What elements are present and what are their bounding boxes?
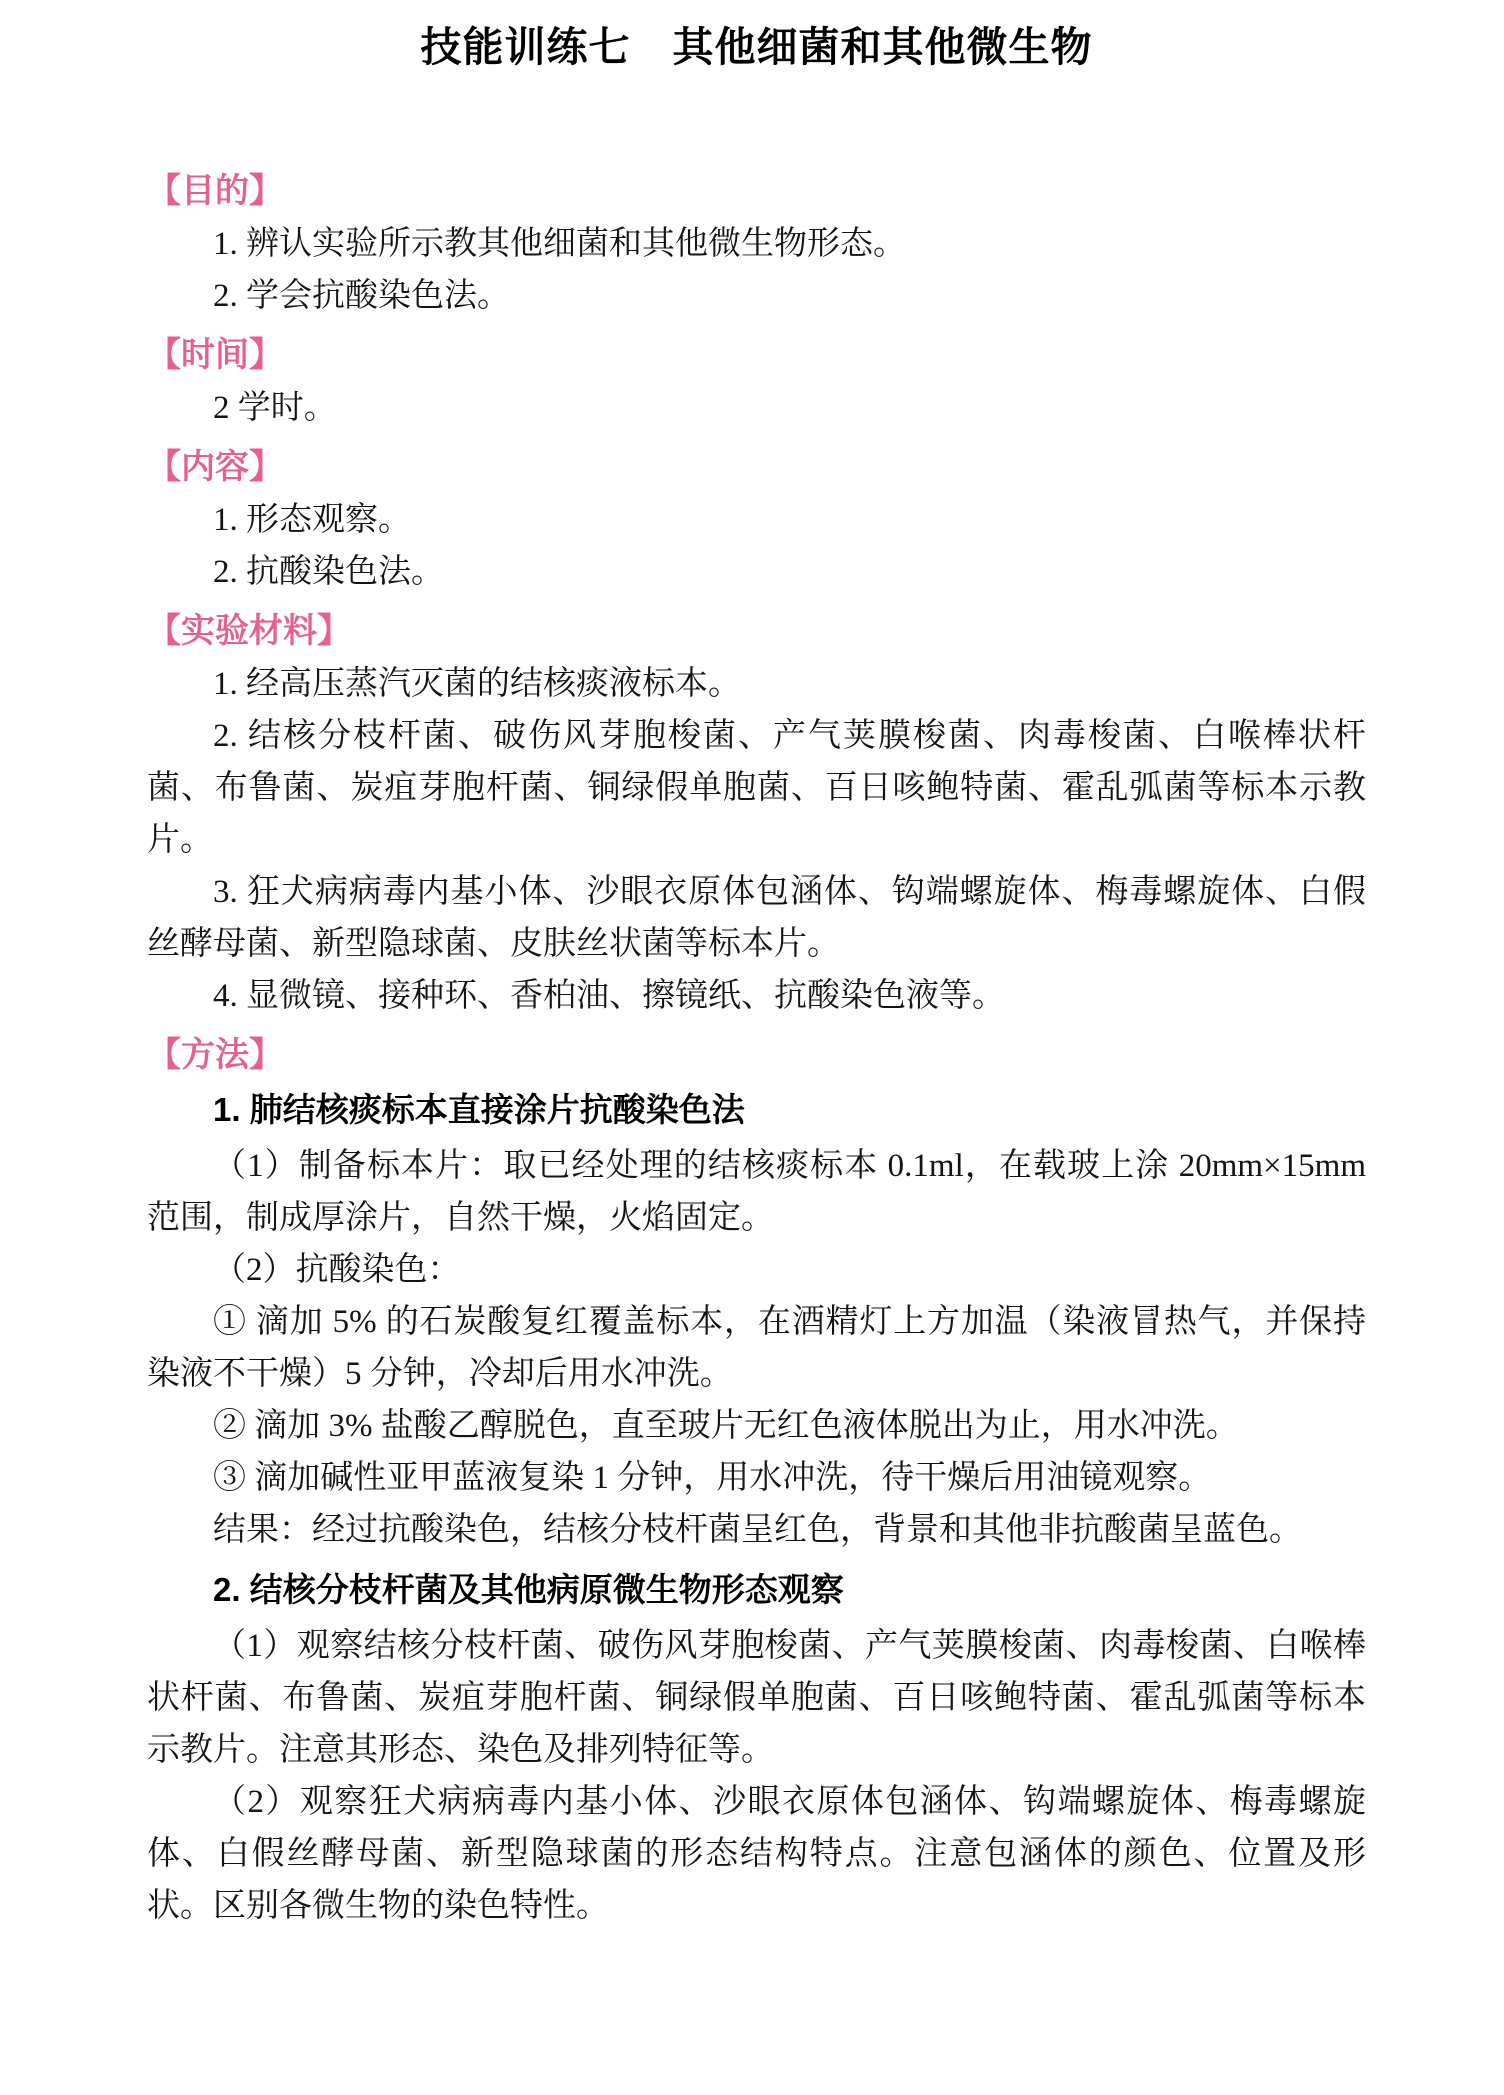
materials-item-4: 4. 显微镜、接种环、香柏油、擦镜纸、抗酸染色液等。 <box>147 970 1366 1022</box>
method-1-stain-step-1: ① 滴加 5% 的石炭酸复红覆盖标本，在酒精灯上方加温（染液冒热气，并保持染液不… <box>147 1296 1366 1400</box>
section-heading-time: 【时间】 <box>147 334 1366 376</box>
method-1-stain-step-2: ② 滴加 3% 盐酸乙醇脱色，直至玻片无红色液体脱出为止，用水冲洗。 <box>147 1400 1366 1452</box>
purpose-item-2: 2. 学会抗酸染色法。 <box>147 270 1366 322</box>
section-heading-materials: 【实验材料】 <box>147 610 1366 652</box>
content-item-2: 2. 抗酸染色法。 <box>147 546 1366 598</box>
method-subheading-1: 1. 肺结核痰标本直接涂片抗酸染色法 <box>147 1084 1366 1136</box>
section-heading-purpose: 【目的】 <box>147 170 1366 212</box>
section-heading-method: 【方法】 <box>147 1034 1366 1076</box>
method-subheading-2: 2. 结核分枝杆菌及其他病原微生物形态观察 <box>147 1564 1366 1616</box>
method-1-step-prepare: （1）制备标本片：取已经处理的结核痰标本 0.1ml，在载玻上涂 20mm×15… <box>147 1140 1366 1244</box>
time-item-1: 2 学时。 <box>147 382 1366 434</box>
method-2-observe-2: （2）观察狂犬病病毒内基小体、沙眼衣原体包涵体、钩端螺旋体、梅毒螺旋体、白假丝酵… <box>147 1776 1366 1932</box>
materials-item-1: 1. 经高压蒸汽灭菌的结核痰液标本。 <box>147 658 1366 710</box>
method-2-observe-1: （1）观察结核分枝杆菌、破伤风芽胞梭菌、产气荚膜梭菌、肉毒梭菌、白喉棒状杆菌、布… <box>147 1620 1366 1776</box>
method-1-result: 结果：经过抗酸染色，结核分枝杆菌呈红色，背景和其他非抗酸菌呈蓝色。 <box>147 1504 1366 1556</box>
materials-item-2: 2. 结核分枝杆菌、破伤风芽胞梭菌、产气荚膜梭菌、肉毒梭菌、白喉棒状杆菌、布鲁菌… <box>147 710 1366 866</box>
title-spacer <box>147 72 1366 158</box>
document-page: 技能训练七 其他细菌和其他微生物 【目的】 1. 辨认实验所示教其他细菌和其他微… <box>0 0 1504 2095</box>
purpose-item-1: 1. 辨认实验所示教其他细菌和其他微生物形态。 <box>147 218 1366 270</box>
materials-item-3: 3. 狂犬病病毒内基小体、沙眼衣原体包涵体、钩端螺旋体、梅毒螺旋体、白假丝酵母菌… <box>147 866 1366 970</box>
method-1-stain-step-3: ③ 滴加碱性亚甲蓝液复染 1 分钟，用水冲洗，待干燥后用油镜观察。 <box>147 1452 1366 1504</box>
document-title: 技能训练七 其他细菌和其他微生物 <box>147 22 1366 72</box>
section-heading-content: 【内容】 <box>147 446 1366 488</box>
method-1-step-stain-label: （2）抗酸染色： <box>147 1244 1366 1296</box>
content-item-1: 1. 形态观察。 <box>147 494 1366 546</box>
